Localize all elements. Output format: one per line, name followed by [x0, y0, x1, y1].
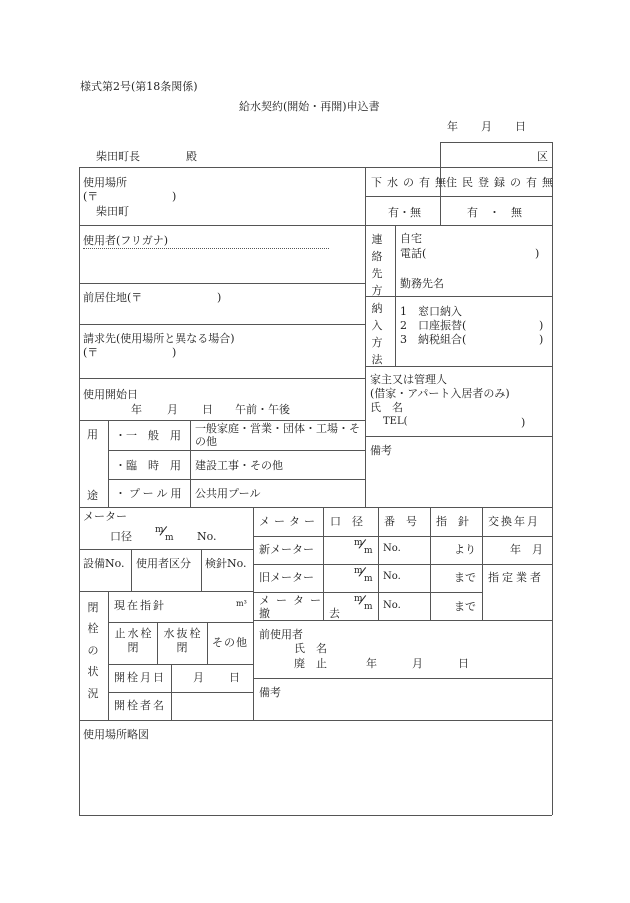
landlord-tel-close: ): [521, 416, 525, 430]
opener-name-label: 開栓者名: [114, 699, 166, 713]
billing-postal-label: (〒: [83, 346, 98, 360]
remarks-right-field[interactable]: [370, 460, 545, 502]
remarks-right-label: 備考: [370, 444, 392, 458]
purpose-type-general[interactable]: ・一 般 用: [115, 429, 181, 443]
landlord-note: (借家・アパート入居者のみ): [370, 387, 510, 401]
new-meter-number-field[interactable]: [402, 538, 428, 562]
user-category-label: 使用者区分: [136, 557, 191, 571]
meter-table-header-reading: 指 針: [436, 515, 469, 529]
contact-phone-field[interactable]: [437, 247, 532, 261]
abolished-year[interactable]: 年: [366, 657, 377, 671]
date-month-label: 月: [481, 120, 492, 134]
other-option[interactable]: その他: [212, 636, 248, 650]
user-category-field[interactable]: [134, 572, 198, 588]
purpose-label-top: 用: [87, 428, 98, 442]
abolished-month[interactable]: 月: [412, 657, 423, 671]
current-reading-label: 現在指針: [114, 599, 166, 613]
purpose-desc-temporary: 建設工事・その他: [195, 459, 283, 473]
previous-user-abolished-label: 廃 止: [294, 657, 327, 671]
purpose-type-temporary[interactable]: ・臨 時 用: [115, 459, 181, 473]
previous-address-close: ): [217, 291, 221, 305]
removed-meter-reading-field[interactable]: [432, 594, 452, 618]
remarks-lower-field[interactable]: [259, 700, 547, 718]
purpose-desc-general: 一般家庭・営業・団体・工場・その他: [195, 422, 360, 448]
opener-name-field[interactable]: [174, 695, 250, 717]
district-label: 区: [537, 150, 548, 164]
resident-registration-label: 住民登録の有無: [446, 176, 558, 190]
previous-user-name-field[interactable]: [330, 642, 530, 655]
date-year-label: 年: [447, 120, 458, 134]
meter-table-header-number: 番 号: [384, 515, 417, 529]
reading-no-label: 検針No.: [205, 557, 247, 571]
start-date-month[interactable]: 月: [167, 403, 178, 417]
equipment-no-label: 設備No.: [83, 557, 125, 571]
meter-left-label: メーター: [83, 510, 127, 524]
meter-table-header-meter: メーター: [259, 515, 319, 529]
old-meter-reading-field[interactable]: [432, 566, 452, 590]
current-reading-unit: m³: [236, 599, 247, 609]
usage-address-field[interactable]: [135, 205, 360, 221]
start-date-year[interactable]: 年: [131, 403, 142, 417]
start-date-day[interactable]: 日: [202, 403, 213, 417]
new-meter-reading-field[interactable]: [432, 538, 452, 562]
landlord-name-field[interactable]: [405, 401, 545, 414]
usage-postal-label: (〒: [83, 190, 98, 204]
landlord-label: 家主又は管理人: [370, 373, 447, 387]
meter-bore-label: 口径: [110, 530, 132, 544]
billing-label: 請求先(使用場所と異なる場合): [83, 332, 235, 346]
open-date-day[interactable]: 日: [229, 671, 240, 685]
landlord-name-label: 氏 名: [370, 401, 403, 415]
contact-workplace-label: 勤務先名: [400, 277, 444, 291]
date-day-label: 日: [515, 120, 526, 134]
landlord-tel-label: TEL(: [383, 416, 408, 429]
start-date-ampm[interactable]: 午前・午後: [235, 403, 290, 417]
usage-location-label: 使用場所: [83, 176, 127, 190]
open-date-month[interactable]: 月: [193, 671, 204, 685]
removed-meter-bore-field[interactable]: [325, 594, 350, 618]
purpose-type-pool[interactable]: ・プール用: [115, 487, 184, 501]
contact-home-label: 自宅: [400, 232, 422, 246]
equipment-no-field[interactable]: [82, 572, 128, 588]
sewer-label: 下水の有無: [371, 176, 451, 190]
user-furigana-field[interactable]: [175, 234, 325, 247]
form-number: 様式第2号(第18条関係): [80, 80, 198, 94]
start-date-label: 使用開始日: [83, 388, 138, 402]
sewer-options[interactable]: 有・無: [388, 206, 421, 220]
previous-address-field[interactable]: [83, 305, 358, 321]
contact-phone-close: ): [535, 247, 539, 261]
previous-address-label: 前居住地(〒: [83, 291, 142, 305]
purpose-desc-pool: 公共用プール: [195, 487, 260, 501]
usage-town: 柴田町: [96, 205, 129, 219]
user-furigana-label: 使用者(フリガナ): [83, 234, 168, 248]
user-name-field[interactable]: [83, 252, 358, 280]
new-meter-bore-field[interactable]: [325, 538, 350, 562]
designated-contractor-field[interactable]: [484, 585, 550, 618]
district-field[interactable]: [441, 143, 536, 166]
site-map-area[interactable]: [82, 745, 549, 812]
resident-registration-options[interactable]: 有 ・ 無: [467, 206, 522, 220]
usage-postal-close: ): [172, 190, 176, 204]
honorific: 殿: [186, 150, 197, 164]
reading-no-field[interactable]: [204, 572, 250, 588]
previous-user-label: 前使用者: [259, 628, 303, 642]
billing-postal-close: ): [172, 346, 176, 360]
meter-no-label: No.: [197, 530, 217, 544]
contact-label: 連絡先方: [370, 231, 384, 299]
drain-valve-closed-option[interactable]: 水抜栓閉: [162, 627, 204, 656]
site-map-label: 使用場所略図: [83, 728, 149, 742]
stopcock-closed-option[interactable]: 止水栓閉: [114, 627, 154, 656]
form-title: 給水契約(開始・再開)申込書: [239, 100, 380, 114]
remarks-lower-label: 備考: [259, 686, 281, 700]
landlord-tel-field[interactable]: [412, 416, 512, 429]
previous-user-name-label: 氏 名: [294, 642, 327, 656]
current-reading-field[interactable]: [170, 597, 230, 617]
meter-table-header-bore: 口 径: [330, 515, 363, 529]
old-meter-number-field[interactable]: [402, 566, 428, 590]
purpose-label-bottom: 途: [87, 489, 98, 503]
contact-workplace-field[interactable]: [450, 277, 545, 291]
open-date-label: 開栓月日: [114, 671, 166, 685]
old-meter-bore-field[interactable]: [325, 566, 350, 590]
payment-label: 納入方法: [370, 300, 384, 368]
removed-meter-number-field[interactable]: [402, 594, 428, 618]
abolished-day[interactable]: 日: [458, 657, 469, 671]
closing-status-label: 閉栓の状況: [86, 597, 100, 704]
meter-table-header-exchange: 交換年月: [488, 515, 540, 529]
addressee: 柴田町長: [96, 150, 140, 164]
contact-phone-label: 電話(: [400, 247, 426, 261]
billing-address-field[interactable]: [100, 346, 170, 360]
